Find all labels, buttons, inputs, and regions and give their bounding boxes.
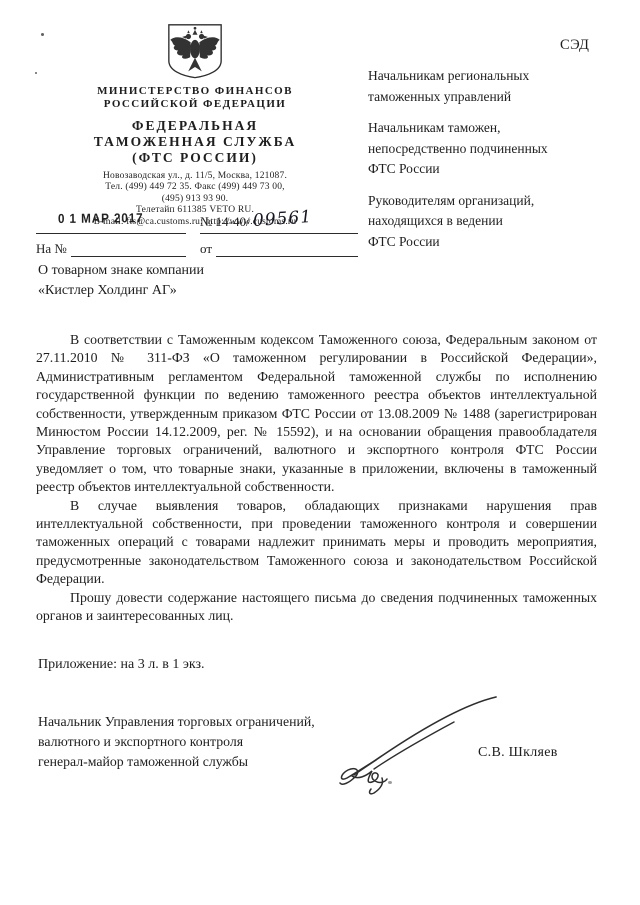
body-paragraph: Прошу довести содержание настоящего пись… (36, 589, 597, 626)
date-stamp: 0 1 МАР 2017 (58, 210, 144, 226)
number-sign: № (200, 214, 212, 229)
scanned-letter-page: СЭД МИНИС (0, 0, 640, 905)
incoming-number-label: На № (36, 241, 71, 257)
number-handwritten: 09561 (252, 207, 312, 231)
body-paragraph: В случае выявления товаров, обладающих п… (36, 497, 597, 589)
coat-of-arms-icon (30, 22, 360, 80)
outgoing-number: № 14-40/ 09561 (200, 211, 358, 234)
from-label: от (200, 241, 216, 257)
body-text: В соответствии с Таможенным кодексом Там… (36, 331, 597, 626)
addressee-item: Руководителям организаций, находящихся в… (368, 191, 610, 253)
incoming-date-field: от (200, 241, 358, 257)
date-field: 0 1 МАР 2017 (36, 211, 186, 234)
addressee-item: Начальникам таможен, непосредственно под… (368, 118, 610, 180)
attachment-note: Приложение: на 3 л. в 1 экз. (38, 657, 205, 673)
reference-block: 0 1 МАР 2017 № 14-40/ 09561 На № от (36, 211, 358, 257)
body-paragraph: В соответствии с Таможенным кодексом Там… (36, 331, 597, 497)
subject-line: О товарном знаке компании «Кистлер Холди… (38, 261, 204, 301)
incoming-date-line (216, 242, 358, 257)
incoming-number-field: На № (36, 241, 186, 257)
addressee-item: Начальникам региональных таможенных упра… (368, 66, 610, 107)
signer-title: Начальник Управления торговых ограничени… (38, 712, 348, 772)
signer-name: С.В. Шкляев (478, 745, 558, 761)
agency-name: ФЕДЕРАЛЬНАЯ ТАМОЖЕННАЯ СЛУЖБА (ФТС РОССИ… (30, 118, 360, 166)
letterhead: МИНИСТЕРСТВО ФИНАНСОВ РОССИЙСКОЙ ФЕДЕРАЦ… (30, 22, 360, 228)
ministry-name: МИНИСТЕРСТВО ФИНАНСОВ РОССИЙСКОЙ ФЕДЕРАЦ… (30, 85, 360, 111)
number-prefix: 14-40/ (216, 214, 250, 229)
addressee-list: Начальникам региональных таможенных упра… (368, 66, 610, 263)
sed-label: СЭД (560, 37, 589, 54)
incoming-number-line (71, 242, 186, 257)
